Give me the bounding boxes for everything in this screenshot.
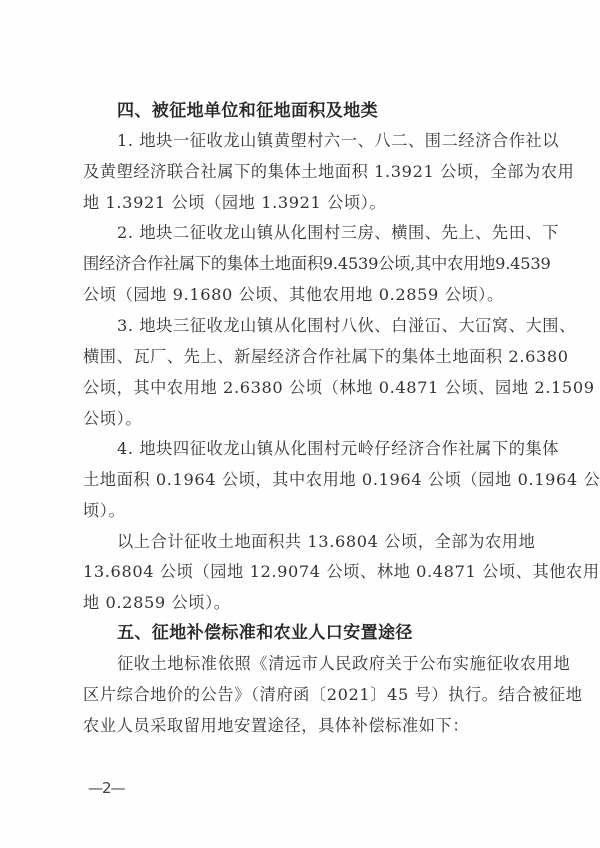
item-3-line-2: 横围、瓦厂、先上、新屋经济合作社属下的集体土地面积 2.6380 xyxy=(83,345,529,369)
item-1-line-3: 地 1.3921 公顷（园地 1.3921 公顷）。 xyxy=(83,191,529,215)
section-5-heading: 五、征地补偿标准和农业人口安置途径 xyxy=(117,620,413,646)
section-5-line-1: 征收土地标准依照《清远市人民政府关于公布实施征收农用地 xyxy=(117,652,529,676)
item-4-line-2: 土地面积 0.1964 公顷，其中农用地 0.1964 公顷（园地 0.1964… xyxy=(83,468,529,492)
item-2-line-2: 围经济合作社属下的集体土地面积9.4539公顷,其中农用地9.4539 xyxy=(83,252,529,276)
item-2-line-1: 2. 地块二征收龙山镇从化围村三房、横围、先上、先田、下 xyxy=(117,221,529,245)
summary-line-2: 13.6804 公顷（园地 12.9074 公顷、林地 0.4871 公顷、其他… xyxy=(83,560,529,584)
section-5-line-3: 农业人员采取留用地安置途径，具体补偿标准如下： xyxy=(83,714,529,738)
item-4-line-1: 4. 地块四征收龙山镇从化围村元岭仔经济合作社属下的集体 xyxy=(117,437,529,461)
section-5-line-2: 区片综合地价的公告》（清府函〔2021〕45 号）执行。结合被征地 xyxy=(83,683,529,707)
summary-line-1: 以上合计征收土地面积共 13.6804 公顷，全部为农用地 xyxy=(117,530,529,554)
item-3-line-4: 公顷）。 xyxy=(83,407,529,431)
item-2-line-3: 公顷（园地 9.1680 公顷、其他农用地 0.2859 公顷）。 xyxy=(83,283,529,307)
item-1-line-1: 1. 地块一征收龙山镇黄塱村六一、八二、围二经济合作社以 xyxy=(117,129,529,153)
document-page: 四、被征地单位和征地面积及地类 1. 地块一征收龙山镇黄塱村六一、八二、围二经济… xyxy=(0,0,600,848)
section-4-heading: 四、被征地单位和征地面积及地类 xyxy=(117,98,378,124)
item-3-line-3: 公顷，其中农用地 2.6380 公顷（林地 0.4871 公顷、园地 2.150… xyxy=(83,376,529,400)
page-number: —2— xyxy=(88,779,125,797)
summary-line-3: 地 0.2859 公顷）。 xyxy=(83,591,529,615)
item-4-line-3: 顷）。 xyxy=(83,499,529,523)
item-1-line-2: 及黄塱经济联合社属下的集体土地面积 1.3921 公顷，全部为农用 xyxy=(83,160,529,184)
item-3-line-1: 3. 地块三征收龙山镇从化围村八伙、白湴冚、大冚窝、大围、 xyxy=(117,314,529,338)
